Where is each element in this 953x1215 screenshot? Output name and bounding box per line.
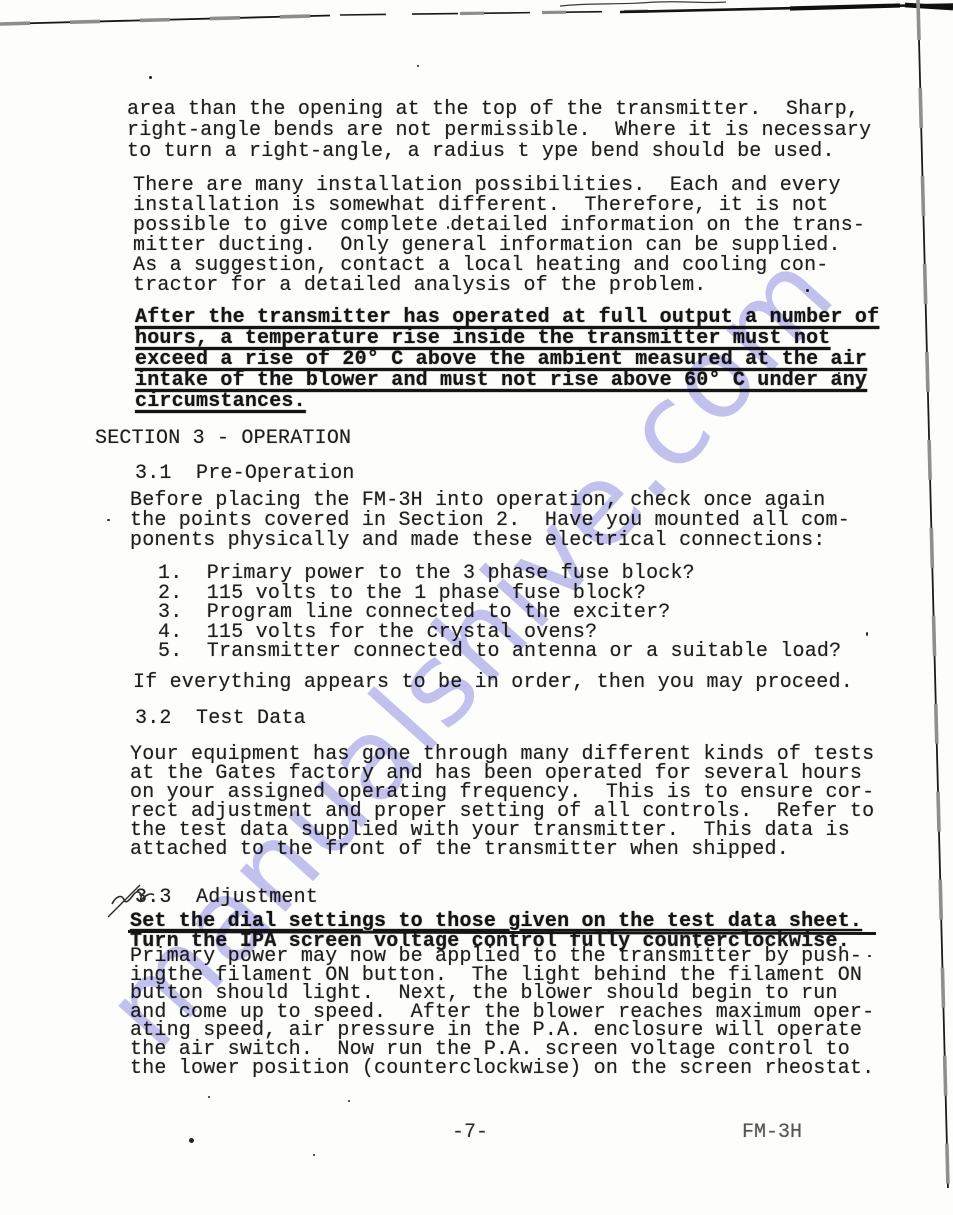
paragraph-pre-operation: Before placing the FM-3H into operation,… xyxy=(130,491,850,551)
scan-speck xyxy=(868,955,871,957)
document-id: FM-3H xyxy=(742,1121,802,1144)
scan-speck xyxy=(838,372,840,374)
paragraph-adjustment-body: Primary power may now be applied to the … xyxy=(130,948,874,1078)
subsection-3-2-heading: 3.2 Test Data xyxy=(135,707,306,730)
paragraph-installation: There are many installation possibilitie… xyxy=(133,176,865,296)
scan-speck xyxy=(806,289,809,292)
scan-edge-artifact-top xyxy=(0,0,953,36)
scan-speck xyxy=(107,519,110,521)
scan-speck xyxy=(149,76,152,79)
scan-speck xyxy=(447,226,449,229)
scan-edge-artifact-right xyxy=(912,0,953,1215)
subsection-3-1-heading: 3.1 Pre-Operation xyxy=(135,462,355,485)
page-number: -7- xyxy=(452,1121,488,1144)
section-heading: SECTION 3 - OPERATION xyxy=(95,427,351,450)
scan-speck xyxy=(208,1096,210,1098)
scan-speck xyxy=(866,632,868,636)
scan-speck xyxy=(417,65,419,67)
paragraph-duct-bends: area than the opening at the top of the … xyxy=(127,99,871,162)
subsection-3-3-heading: 3.3 Adjustment xyxy=(135,886,318,909)
checklist: 1. Primary power to the 3 phase fuse blo… xyxy=(158,564,841,662)
scan-speck xyxy=(313,1154,315,1156)
scanned-manual-page: area than the opening at the top of the … xyxy=(0,0,953,1215)
scan-speck xyxy=(189,1138,194,1143)
paragraph-temperature-warning: After the transmitter has operated at fu… xyxy=(135,307,879,412)
scan-speck xyxy=(348,1100,350,1102)
paragraph-test-data: Your equipment has gone through many dif… xyxy=(130,745,874,859)
paragraph-proceed: If everything appears to be in order, th… xyxy=(133,671,853,694)
